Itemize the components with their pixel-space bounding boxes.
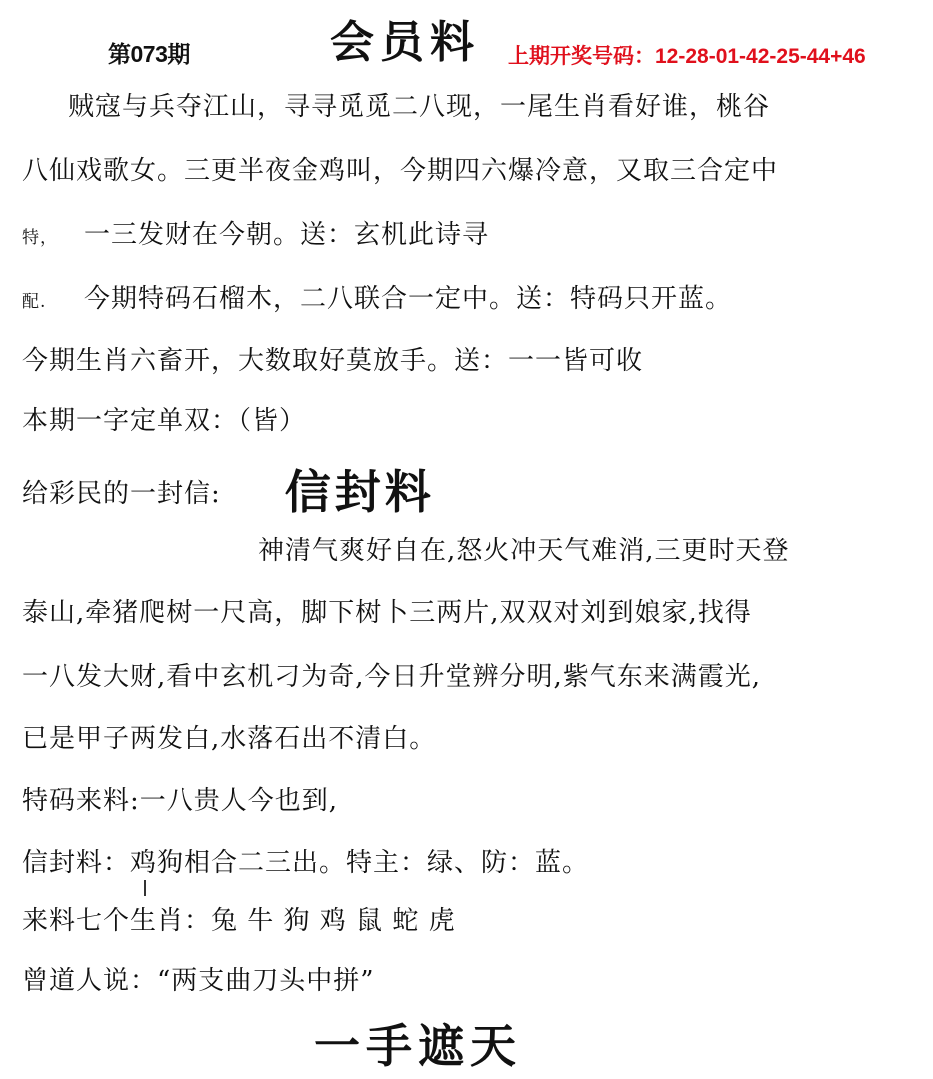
letter-label: 给彩民的一封信: bbox=[22, 479, 221, 509]
single-double-pick: 本期一字定单双：（皆） bbox=[22, 400, 306, 437]
letter-line-4: 已是甲子两发白,水落石出不清白。 bbox=[22, 718, 436, 755]
zodiac-tip: 来料七个生肖：兔 牛 狗 鸡 鼠 蛇 虎 bbox=[22, 900, 456, 937]
letter-line-1: 神清气爽好自在,怒火冲天气难消,三更时天登 bbox=[258, 530, 790, 567]
last-draw-label: 上期开奖号码： bbox=[508, 45, 655, 68]
poem-line-4: 配.今期特码石榴木，二八联合一定中。送：特码只开蓝。 bbox=[22, 278, 732, 315]
te-ma-tip: 特码来料:一八贵人今也到, bbox=[22, 780, 338, 817]
poem-line-2: 八仙戏歌女。三更半夜金鸡叫，今期四六爆冷意，又取三合定中 bbox=[22, 150, 778, 187]
stray-mark bbox=[144, 880, 146, 896]
letter-title: 信封料 bbox=[285, 465, 435, 519]
last-draw-numbers: 12-28-01-42-25-44+46 bbox=[655, 45, 866, 68]
prefix-pei: 配. bbox=[22, 287, 84, 312]
footer-title: 一手遮天 bbox=[314, 1010, 522, 1076]
envelope-tip: 信封料：鸡狗相合二三出。特主：绿、防：蓝。 bbox=[22, 842, 589, 879]
issue-number: 第073期 bbox=[108, 36, 190, 69]
poem-line-3-text: 一三发财在今朝。送：玄机此诗寻 bbox=[84, 220, 489, 250]
poem-line-3: 特，一三发财在今朝。送：玄机此诗寻 bbox=[22, 214, 489, 251]
letter-line-3: 一八发大财,看中玄机刁为奇,今日升堂辨分明,紫气东来满霞光, bbox=[22, 656, 761, 693]
saying-tip: 曾道人说：“两支曲刀头中拼” bbox=[22, 960, 375, 997]
prefix-te: 特， bbox=[22, 223, 84, 248]
poem-line-5: 今期生肖六畜开，大数取好莫放手。送：一一皆可收 bbox=[22, 340, 643, 377]
last-draw-results: 上期开奖号码：12-28-01-42-25-44+46 bbox=[508, 40, 866, 70]
poem-line-1: 贼寇与兵夺江山，寻寻觅觅二八现，一尾生肖看好谁，桃谷 bbox=[68, 86, 770, 123]
letter-heading: 给彩民的一封信:信封料 bbox=[22, 450, 435, 516]
letter-line-2: 泰山,牵猪爬树一尺高，脚下树卜三两片,双双对刘到娘家,找得 bbox=[22, 592, 752, 629]
page-title: 会员料 bbox=[330, 6, 480, 70]
poem-line-4-text: 今期特码石榴木，二八联合一定中。送：特码只开蓝。 bbox=[84, 284, 732, 314]
